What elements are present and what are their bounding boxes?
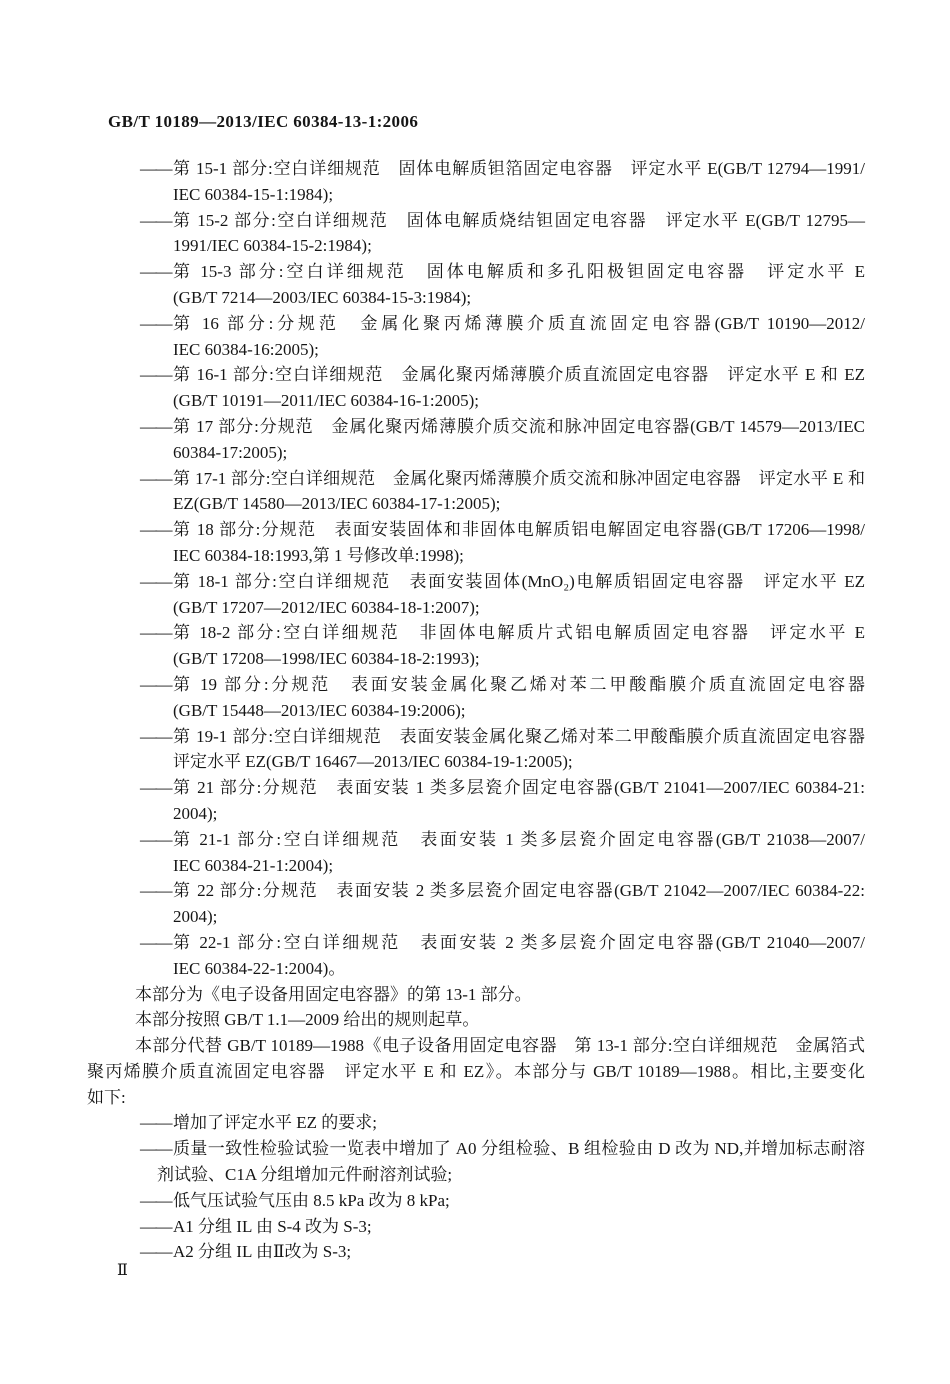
standard-part-item: —— 第 18-1 部分:空白详细规范 表面安装固体(MnO₂)电解质铝固定电容…: [87, 569, 865, 595]
dash-marker: ——: [140, 878, 173, 904]
standard-part-line: 第 19 部分:分规范 表面安装金属化聚乙烯对苯二甲酸酯膜介质直流固定电容器: [173, 672, 865, 698]
standard-part-item: —— 第 22 部分:分规范 表面安装 2 类多层瓷介固定电容器(GB/T 21…: [87, 878, 865, 904]
standard-part-line: IEC 60384-18:1993,第 1 号修改单:1998);: [173, 543, 865, 569]
standard-part-line: (GB/T 15448—2013/IEC 60384-19:2006);: [173, 698, 865, 724]
dash-marker: ——: [140, 1239, 173, 1265]
standard-part-item: —— 第 17-1 部分:空白详细规范 金属化聚丙烯薄膜介质交流和脉冲固定电容器…: [87, 466, 865, 492]
standard-part-line: IEC 60384-22-1:2004)。: [173, 956, 865, 982]
dash-marker: ——: [140, 569, 173, 595]
standard-part-item: —— 第 21-1 部分:空白详细规范 表面安装 1 类多层瓷介固定电容器(GB…: [87, 827, 865, 853]
standard-part-line: 第 16 部分:分规范 金属化聚丙烯薄膜介质直流固定电容器(GB/T 10190…: [173, 311, 865, 337]
change-item: —— 增加了评定水平 EZ 的要求;: [87, 1110, 865, 1136]
standard-part-line: IEC 60384-16:2005);: [173, 337, 865, 363]
dash-marker: ——: [140, 827, 173, 853]
change-item-line: A2 分组 IL 由Ⅱ改为 S-3;: [173, 1239, 865, 1265]
standard-part-line: 第 18-1 部分:空白详细规范 表面安装固体(MnO₂)电解质铝固定电容器 评…: [173, 569, 865, 595]
standard-part-line: (GB/T 17207—2012/IEC 60384-18-1:2007);: [173, 595, 865, 621]
dash-marker: ——: [140, 1110, 173, 1136]
dash-marker: ——: [140, 517, 173, 543]
intro-paragraph-line: 本部分代替 GB/T 10189—1988《电子设备用固定电容器 第 13-1 …: [87, 1033, 865, 1059]
change-item-line: 质量一致性检验试验一览表中增加了 A0 分组检验、B 组检验由 D 改为 ND,…: [173, 1136, 865, 1162]
page-header-standard-code: GB/T 10189—2013/IEC 60384-13-1:2006: [108, 112, 418, 132]
standard-part-line: 第 21 部分:分规范 表面安装 1 类多层瓷介固定电容器(GB/T 21041…: [173, 775, 865, 801]
standard-part-item: —— 第 21 部分:分规范 表面安装 1 类多层瓷介固定电容器(GB/T 21…: [87, 775, 865, 801]
standard-part-line: 第 21-1 部分:空白详细规范 表面安装 1 类多层瓷介固定电容器(GB/T …: [173, 827, 865, 853]
standard-part-item: —— 第 16-1 部分:空白详细规范 金属化聚丙烯薄膜介质直流固定电容器 评定…: [87, 362, 865, 388]
standard-part-item: —— 第 19-1 部分:空白详细规范 表面安装金属化聚乙烯对苯二甲酸酯膜介质直…: [87, 724, 865, 750]
change-item: —— A1 分组 IL 由 S-4 改为 S-3;: [87, 1214, 865, 1240]
dash-marker: ——: [140, 1188, 173, 1214]
change-item-line: 低气压试验气压由 8.5 kPa 改为 8 kPa;: [173, 1188, 865, 1214]
standard-part-line: 第 15-2 部分:空白详细规范 固体电解质烧结钽固定电容器 评定水平 E(GB…: [173, 208, 865, 234]
standard-part-item: —— 第 18-2 部分:空白详细规范 非固体电解质片式铝电解质固定电容器 评定…: [87, 620, 865, 646]
intro-paragraph-line: 本部分为《电子设备用固定电容器》的第 13-1 部分。: [87, 982, 865, 1008]
standard-part-line: 第 16-1 部分:空白详细规范 金属化聚丙烯薄膜介质直流固定电容器 评定水平 …: [173, 362, 865, 388]
change-item-line: A1 分组 IL 由 S-4 改为 S-3;: [173, 1214, 865, 1240]
change-item: —— A2 分组 IL 由Ⅱ改为 S-3;: [87, 1239, 865, 1265]
dash-marker: ——: [140, 672, 173, 698]
intro-paragraph-line: 本部分按照 GB/T 1.1—2009 给出的规则起草。: [87, 1007, 865, 1033]
standard-part-line: 第 17 部分:分规范 金属化聚丙烯薄膜介质交流和脉冲固定电容器(GB/T 14…: [173, 414, 865, 440]
standard-part-item: —— 第 17 部分:分规范 金属化聚丙烯薄膜介质交流和脉冲固定电容器(GB/T…: [87, 414, 865, 440]
change-item-line: 增加了评定水平 EZ 的要求;: [173, 1110, 865, 1136]
dash-marker: ——: [140, 259, 173, 285]
standard-part-item: —— 第 18 部分:分规范 表面安装固体和非固体电解质铝电解固定电容器(GB/…: [87, 517, 865, 543]
standard-part-line: (GB/T 7214—2003/IEC 60384-15-3:1984);: [173, 285, 865, 311]
dash-marker: ——: [140, 156, 173, 182]
standard-part-item: —— 第 19 部分:分规范 表面安装金属化聚乙烯对苯二甲酸酯膜介质直流固定电容…: [87, 672, 865, 698]
standard-part-line: (GB/T 10191—2011/IEC 60384-16-1:2005);: [173, 388, 865, 414]
dash-marker: ——: [140, 724, 173, 750]
standard-part-line: 第 15-1 部分:空白详细规范 固体电解质钽箔固定电容器 评定水平 E(GB/…: [173, 156, 865, 182]
intro-paragraph-line: 聚丙烯膜介质直流固定电容器 评定水平 E 和 EZ》。本部分与 GB/T 101…: [87, 1059, 865, 1085]
document-body: —— 第 15-1 部分:空白详细规范 固体电解质钽箔固定电容器 评定水平 E(…: [87, 156, 865, 1265]
page-number: Ⅱ: [117, 1260, 128, 1280]
standard-part-line: 第 19-1 部分:空白详细规范 表面安装金属化聚乙烯对苯二甲酸酯膜介质直流固定…: [173, 724, 865, 750]
standard-part-line: EZ(GB/T 14580—2013/IEC 60384-17-1:2005);: [173, 491, 865, 517]
standard-part-line: 第 22 部分:分规范 表面安装 2 类多层瓷介固定电容器(GB/T 21042…: [173, 878, 865, 904]
standard-part-line: 第 18 部分:分规范 表面安装固体和非固体电解质铝电解固定电容器(GB/T 1…: [173, 517, 865, 543]
dash-marker: ——: [140, 620, 173, 646]
dash-marker: ——: [140, 1214, 173, 1240]
standard-part-line: (GB/T 17208—1998/IEC 60384-18-2:1993);: [173, 646, 865, 672]
standard-part-line: 2004);: [173, 904, 865, 930]
standard-part-item: —— 第 16 部分:分规范 金属化聚丙烯薄膜介质直流固定电容器(GB/T 10…: [87, 311, 865, 337]
dash-marker: ——: [140, 414, 173, 440]
dash-marker: ——: [140, 208, 173, 234]
standard-part-line: 评定水平 EZ(GB/T 16467—2013/IEC 60384-19-1:2…: [173, 749, 865, 775]
standard-part-line: 第 18-2 部分:空白详细规范 非固体电解质片式铝电解质固定电容器 评定水平 …: [173, 620, 865, 646]
standard-part-line: 第 15-3 部分:空白详细规范 固体电解质和多孔阳极钽固定电容器 评定水平 E: [173, 259, 865, 285]
dash-marker: ——: [140, 311, 173, 337]
standard-part-line: IEC 60384-15-1:1984);: [173, 182, 865, 208]
change-item: —— 质量一致性检验试验一览表中增加了 A0 分组检验、B 组检验由 D 改为 …: [87, 1136, 865, 1162]
change-item: —— 低气压试验气压由 8.5 kPa 改为 8 kPa;: [87, 1188, 865, 1214]
change-item-line: 剂试验、C1A 分组增加元件耐溶剂试验;: [157, 1162, 865, 1188]
dash-marker: ——: [140, 1136, 173, 1162]
dash-marker: ——: [140, 930, 173, 956]
dash-marker: ——: [140, 362, 173, 388]
standard-part-item: —— 第 15-2 部分:空白详细规范 固体电解质烧结钽固定电容器 评定水平 E…: [87, 208, 865, 234]
standard-part-item: —— 第 15-1 部分:空白详细规范 固体电解质钽箔固定电容器 评定水平 E(…: [87, 156, 865, 182]
standard-part-line: 2004);: [173, 801, 865, 827]
dash-marker: ——: [140, 466, 173, 492]
standard-part-line: 第 22-1 部分:空白详细规范 表面安装 2 类多层瓷介固定电容器(GB/T …: [173, 930, 865, 956]
standard-part-item: —— 第 15-3 部分:空白详细规范 固体电解质和多孔阳极钽固定电容器 评定水…: [87, 259, 865, 285]
standard-part-line: 60384-17:2005);: [173, 440, 865, 466]
standard-part-line: 第 17-1 部分:空白详细规范 金属化聚丙烯薄膜介质交流和脉冲固定电容器 评定…: [173, 466, 865, 492]
standard-part-line: 1991/IEC 60384-15-2:1984);: [173, 233, 865, 259]
standard-part-line: IEC 60384-21-1:2004);: [173, 853, 865, 879]
dash-marker: ——: [140, 775, 173, 801]
standard-part-item: —— 第 22-1 部分:空白详细规范 表面安装 2 类多层瓷介固定电容器(GB…: [87, 930, 865, 956]
intro-paragraph-line: 如下:: [87, 1085, 865, 1111]
